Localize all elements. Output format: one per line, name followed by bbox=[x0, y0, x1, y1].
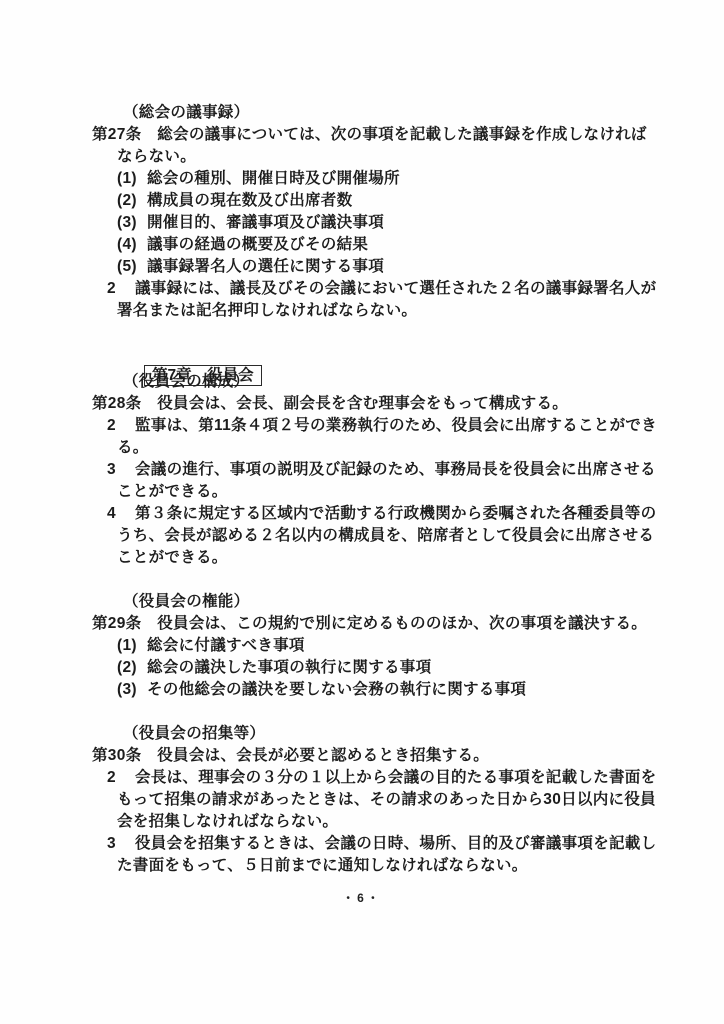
paragraph-line: 2監事は、第11条４項２号の業務執行のため、役員会に出席することができ bbox=[0, 415, 724, 437]
item-text: 総会に付議すべき事項 bbox=[147, 637, 305, 654]
paragraph-line: た書面をもって、５日前までに通知しなければならない。 bbox=[0, 855, 724, 877]
section-heading: （総会の議事録） bbox=[0, 102, 724, 124]
document-page: （総会の議事録） 第27条 総会の議事については、次の事項を記載した議事録を作成… bbox=[0, 0, 724, 1024]
section-heading: （役員会の招集等） bbox=[0, 723, 724, 745]
paragraph-line: 4第３条に規定する区域内で活動する行政機関から委嘱された各種委員等の bbox=[0, 503, 724, 525]
item-number: (3) bbox=[117, 679, 147, 701]
item-number: (2) bbox=[117, 657, 147, 679]
paragraph-number: 2 bbox=[107, 278, 135, 300]
document-content: （総会の議事録） 第27条 総会の議事については、次の事項を記載した議事録を作成… bbox=[0, 0, 724, 906]
item-number: (3) bbox=[117, 212, 147, 234]
paragraph-line: 会を招集しなければならない。 bbox=[0, 811, 724, 833]
paragraph-line: 3役員会を招集するときは、会議の日時、場所、目的及び審議事項を記載し bbox=[0, 833, 724, 855]
paragraph-text: 役員会を招集するときは、会議の日時、場所、目的及び審議事項を記載し bbox=[135, 835, 656, 852]
paragraph-line: 3会議の進行、事項の説明及び記録のため、事務局長を役員会に出席させる bbox=[0, 459, 724, 481]
article-30-line: 第30条 役員会は、会長が必要と認めるとき招集する。 bbox=[0, 745, 724, 767]
article-27-line: 第27条 総会の議事については、次の事項を記載した議事録を作成しなければ bbox=[0, 124, 724, 146]
section-board-powers: （役員会の権能） 第29条 役員会は、この規約で別に定めるもののほか、次の事項を… bbox=[0, 591, 724, 701]
article-29-line: 第29条 役員会は、この規約で別に定めるもののほか、次の事項を議決する。 bbox=[0, 613, 724, 635]
item-number: (2) bbox=[117, 190, 147, 212]
paragraph-text: 会議の進行、事項の説明及び記録のため、事務局長を役員会に出席させる bbox=[135, 461, 656, 478]
paragraph-line: 2会長は、理事会の３分の１以上から会議の目的たる事項を記載した書面を bbox=[0, 767, 724, 789]
paragraph-text: 監事は、第11条４項２号の業務執行のため、役員会に出席することができ bbox=[135, 417, 657, 434]
article-28-line: 第28条 役員会は、会長、副会長を含む理事会をもって構成する。 bbox=[0, 393, 724, 415]
item-text: 開催目的、審議事項及び議決事項 bbox=[147, 214, 384, 231]
paragraph-line: うち、会長が認める２名以内の構成員を、陪席者として役員会に出席させる bbox=[0, 525, 724, 547]
item-text: 議事の経過の概要及びその結果 bbox=[147, 236, 368, 253]
list-item: (3)その他総会の議決を要しない会務の執行に関する事項 bbox=[0, 679, 724, 701]
article-27-line: ならない。 bbox=[0, 146, 724, 168]
paragraph-line: 署名または記名押印しなければならない。 bbox=[0, 300, 724, 322]
section-heading: （役員会の権能） bbox=[0, 591, 724, 613]
list-item: (3)開催目的、審議事項及び議決事項 bbox=[0, 212, 724, 234]
list-item: (1)総会の種別、開催日時及び開催場所 bbox=[0, 168, 724, 190]
item-number: (4) bbox=[117, 234, 147, 256]
item-text: 議事録署名人の選任に関する事項 bbox=[147, 258, 384, 275]
paragraph-text: 議事録には、議長及びその会議において選任された２名の議事録署名人が bbox=[135, 280, 656, 297]
list-item: (4)議事の経過の概要及びその結果 bbox=[0, 234, 724, 256]
item-text: 総会の種別、開催日時及び開催場所 bbox=[147, 170, 400, 187]
list-item: (2)総会の議決した事項の執行に関する事項 bbox=[0, 657, 724, 679]
paragraph-line: 2議事録には、議長及びその会議において選任された２名の議事録署名人が bbox=[0, 278, 724, 300]
list-item: (1)総会に付議すべき事項 bbox=[0, 635, 724, 657]
item-number: (1) bbox=[117, 168, 147, 190]
section-heading: （役員会の構成） bbox=[0, 371, 724, 393]
paragraph-text: 会長は、理事会の３分の１以上から会議の目的たる事項を記載した書面を bbox=[135, 769, 656, 786]
paragraph-line: ことができる。 bbox=[0, 547, 724, 569]
paragraph-line: ことができる。 bbox=[0, 481, 724, 503]
item-text: 構成員の現在数及び出席者数 bbox=[147, 192, 352, 209]
section-board-convocation: （役員会の招集等） 第30条 役員会は、会長が必要と認めるとき招集する。 2会長… bbox=[0, 723, 724, 877]
page-number: ・6・ bbox=[0, 890, 724, 906]
paragraph-line: る。 bbox=[0, 437, 724, 459]
item-number: (5) bbox=[117, 256, 147, 278]
paragraph-text: 第３条に規定する区域内で活動する行政機関から委嘱された各種委員等の bbox=[135, 505, 656, 522]
list-item: (2)構成員の現在数及び出席者数 bbox=[0, 190, 724, 212]
section-board-composition: （役員会の構成） 第28条 役員会は、会長、副会長を含む理事会をもって構成する。… bbox=[0, 371, 724, 569]
item-text: その他総会の議決を要しない会務の執行に関する事項 bbox=[147, 681, 526, 698]
paragraph-line: もって招集の請求があったときは、その請求のあった日から30日以内に役員 bbox=[0, 789, 724, 811]
item-number: (1) bbox=[117, 635, 147, 657]
chapter-heading-row: 第7章 役員会 bbox=[0, 322, 724, 344]
section-general-meeting-minutes: （総会の議事録） 第27条 総会の議事については、次の事項を記載した議事録を作成… bbox=[0, 102, 724, 322]
paragraph-number: 3 bbox=[107, 833, 135, 855]
paragraph-number: 3 bbox=[107, 459, 135, 481]
paragraph-number: 4 bbox=[107, 503, 135, 525]
paragraph-number: 2 bbox=[107, 767, 135, 789]
paragraph-number: 2 bbox=[107, 415, 135, 437]
list-item: (5)議事録署名人の選任に関する事項 bbox=[0, 256, 724, 278]
item-text: 総会の議決した事項の執行に関する事項 bbox=[147, 659, 431, 676]
